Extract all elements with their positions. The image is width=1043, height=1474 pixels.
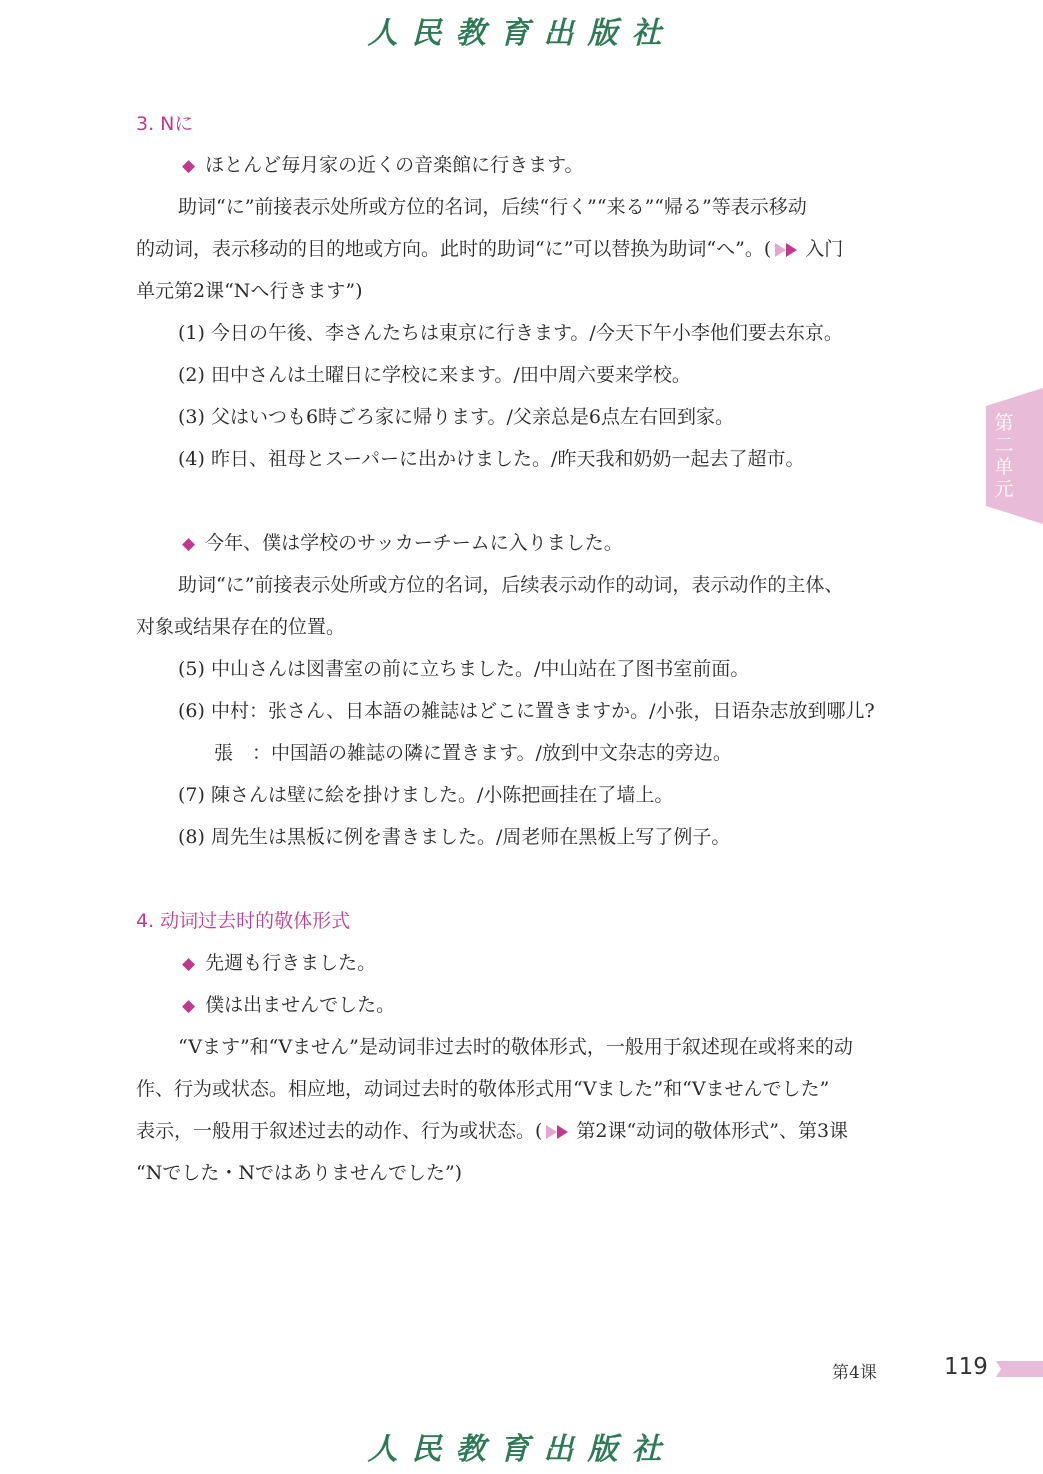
diamond-bullet-icon: ◆ xyxy=(182,954,195,974)
example-sentence: ◆先週も行きました。 xyxy=(182,951,376,976)
diamond-bullet-icon: ◆ xyxy=(182,996,195,1016)
section-4-heading: 4. 动词过去时的敬体形式 xyxy=(136,909,350,933)
example-sentence: ◆ほとんど毎月家の近くの音楽館に行きます。 xyxy=(182,153,584,178)
explanation-line: 对象或结果存在的位置。 xyxy=(136,615,345,639)
example-item: (2) 田中さんは土曜日に学校に来ます。/田中周六要来学校。 xyxy=(178,363,691,387)
example-item: (4) 昨日、祖母とスーパーに出かけました。/昨天我和奶奶一起去了超市。 xyxy=(178,447,804,471)
explanation-line: 表示，一般用于叙述过去的动作、行为或状态。(第2课“动词的敬体形式”、第3课 xyxy=(136,1119,848,1143)
example-sentence: ◆今年、僕は学校のサッカーチームに入りました。 xyxy=(182,531,623,556)
example-sentence: ◆僕は出ませんでした。 xyxy=(182,993,395,1018)
example-item: (6) 中村：张さん、日本語の雑誌はどこに置きますか。/小张，日语杂志放到哪儿? xyxy=(178,699,875,723)
publisher-logo-bottom: 人民教育出版社 xyxy=(0,1424,1043,1468)
publisher-logo-top: 人民教育出版社 xyxy=(0,8,1043,52)
example-item: 張 ：中国語の雑誌の隣に置きます。/放到中文杂志的旁边。 xyxy=(214,741,732,765)
example-item: (7) 陳さんは壁に絵を掛けました。/小陈把画挂在了墙上。 xyxy=(178,783,673,807)
example-item: (8) 周先生は黒板に例を書きました。/周老师在黑板上写了例子。 xyxy=(178,825,730,849)
section-3-heading: 3. Nに xyxy=(136,112,193,136)
diamond-bullet-icon: ◆ xyxy=(182,534,195,554)
explanation-line: 助词“に”前接表示处所或方位的名词，后续表示动作的动词，表示动作的主体、 xyxy=(178,573,843,597)
cross-reference-arrow-icon xyxy=(546,1124,572,1140)
example-item: (5) 中山さんは図書室の前に立ちました。/中山站在了图书室前面。 xyxy=(178,657,749,681)
explanation-line: 作、行为或状态。相应地，动词过去时的敬体形式用“Vました”和“Vませんでした” xyxy=(136,1077,829,1101)
example-item: (1) 今日の午後、李さんたちは東京に行きます。/今天下午小李他们要去东京。 xyxy=(178,321,843,345)
unit-tab-label: 第二单元 xyxy=(993,412,1015,500)
page-number: 119 xyxy=(944,1354,988,1380)
explanation-line: 单元第2课“Nへ行きます”) xyxy=(136,279,363,303)
page-tab-bar xyxy=(996,1361,1043,1377)
explanation-line: “Vます”和“Vません”是动词非过去时的敬体形式，一般用于叙述现在或将来的动 xyxy=(178,1035,853,1059)
explanation-line: “Nでした・Nではありませんでした”) xyxy=(136,1161,462,1185)
lesson-label: 第4课 xyxy=(832,1358,877,1383)
example-item: (3) 父はいつも6時ごろ家に帰ります。/父亲总是6点左右回到家。 xyxy=(178,405,734,429)
diamond-bullet-icon: ◆ xyxy=(182,156,195,176)
explanation-line: 助词“に”前接表示处所或方位的名词，后续“行く”“来る”“帰る”等表示移动 xyxy=(178,195,807,219)
explanation-line: 的动词，表示移动的目的地或方向。此时的助词“に”可以替换为助词“へ”。(入门 xyxy=(136,237,843,261)
cross-reference-arrow-icon xyxy=(775,242,801,258)
